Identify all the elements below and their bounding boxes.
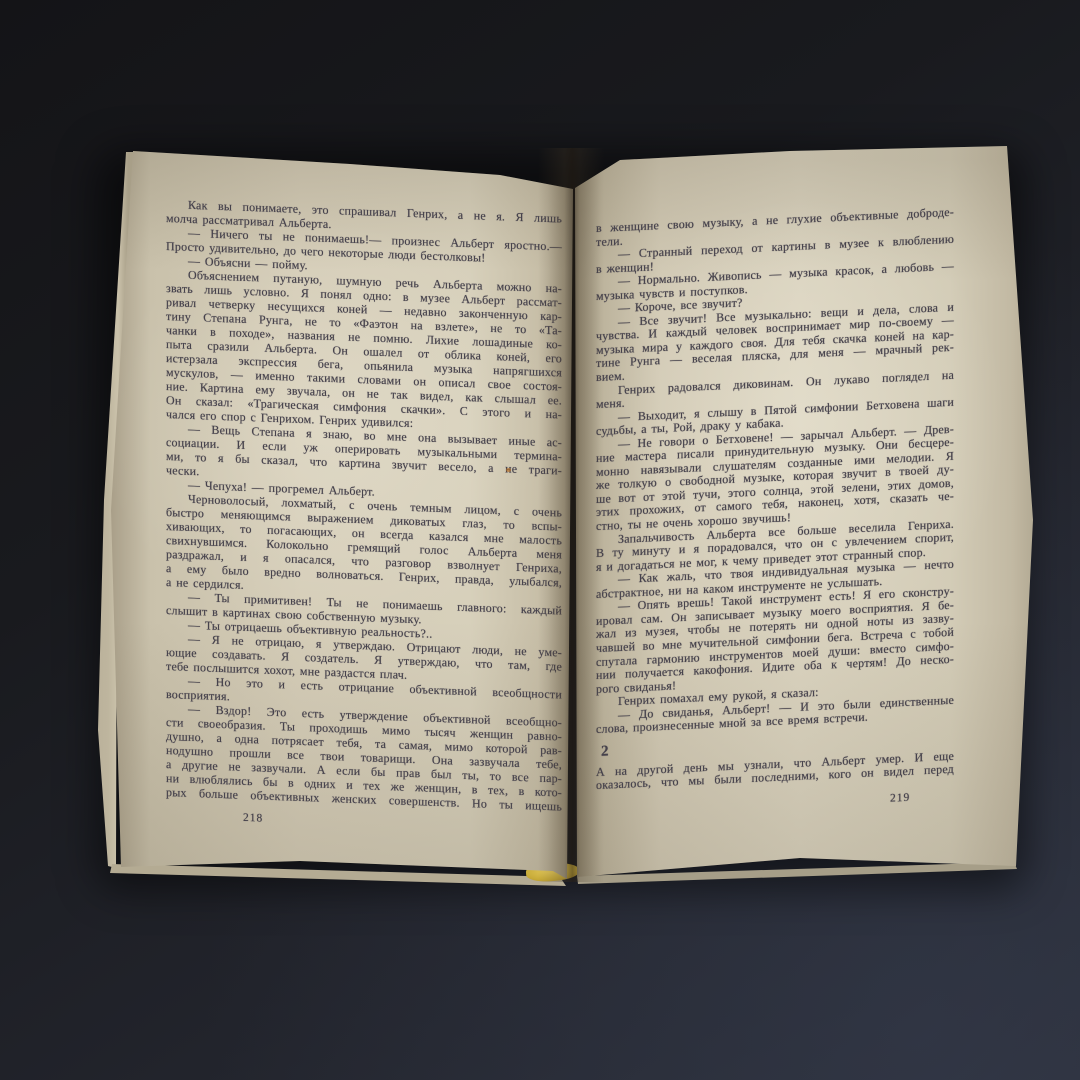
right-page-text-block: в женщине свою музыку, а не глухие объек… <box>596 206 954 820</box>
book-spine-crease <box>538 148 604 882</box>
right-page-lines: в женщине свою музыку, а не глухие объек… <box>596 206 954 737</box>
right-page-number: 219 <box>596 790 954 820</box>
left-page-number: 218 <box>166 808 562 837</box>
left-page-text-block: Как вы понимаете, это спрашивал Генрих, … <box>166 197 562 837</box>
book-photo-scene: Как вы понимаете, это спрашивал Генрих, … <box>0 0 1080 1080</box>
paper-stain <box>506 468 511 472</box>
left-page-lines: Как вы понимаете, это спрашивал Генрих, … <box>166 197 562 814</box>
